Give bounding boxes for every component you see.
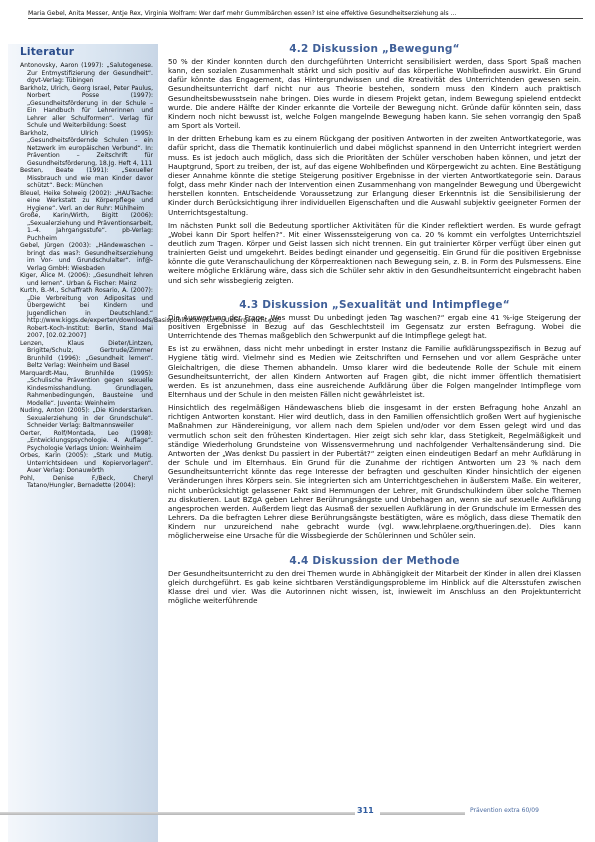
section-heading-4-3: 4.3 Diskussion „Sexualität und Intimpfle… bbox=[168, 299, 581, 311]
reference-item: Nuding, Anton (2005): „Die Kinderstarken… bbox=[20, 407, 153, 430]
running-header: Maria Gebel, Anita Messer, Antje Rex, Vi… bbox=[28, 10, 583, 19]
reference-item: Barkholz, Ulrich, Georg Israel, Peter Pa… bbox=[20, 85, 153, 130]
paragraph: Der Gesundheitsunterricht zu den drei Th… bbox=[168, 569, 581, 606]
journal-name: Prävention extra 60/09 bbox=[470, 807, 539, 814]
reference-item: Bleuel, Heike Solweig (2002): „HAUTsache… bbox=[20, 190, 153, 213]
reference-list: Antonovsky, Aaron (1997): „Salutogenese.… bbox=[20, 62, 153, 490]
paragraph: In der dritten Erhebung kam es zu einem … bbox=[168, 134, 581, 216]
reference-item: Gebel, Jürgen (2003): „Händewaschen – br… bbox=[20, 242, 153, 272]
reference-item: Kurth, B.-M., Schaffrath Rosario, A. (20… bbox=[20, 287, 153, 340]
reference-item: Barkholz, Ulrich (1995): „Gesundheitsför… bbox=[20, 130, 153, 168]
reference-item: Oerter, Rolf/Montada, Leo (1998): „Entwi… bbox=[20, 430, 153, 453]
reference-item: Orbes, Karin (2005): „Stark und Mutig. U… bbox=[20, 452, 153, 475]
page-number: 311 bbox=[357, 806, 374, 815]
page-footer: 311 Prävention extra 60/09 bbox=[0, 806, 595, 820]
paragraph: Im nächsten Punkt soll die Bedeutung spo… bbox=[168, 221, 581, 285]
reference-item: Kiger, Alice M. (2006): „Gesundheit lehr… bbox=[20, 272, 153, 287]
reference-item: Besten, Beate (1991): „Sexueller Missbra… bbox=[20, 167, 153, 190]
footer-rule-right bbox=[380, 812, 465, 815]
literature-title: Literatur bbox=[20, 46, 74, 58]
reference-item: Marquardt-Mau, Brunhilde (1995): „Schuli… bbox=[20, 370, 153, 408]
paragraph: 50 % der Kinder konnten durch den durchg… bbox=[168, 57, 581, 130]
paragraph: Die Auswertung der Frage „Was musst Du u… bbox=[168, 313, 581, 340]
reference-item: Pohl, Denise F./Beck, Cheryl Tatano/Hung… bbox=[20, 475, 153, 490]
section-heading-4-4: 4.4 Diskussion der Methode bbox=[168, 555, 581, 567]
reference-item: Antonovsky, Aaron (1997): „Salutogenese.… bbox=[20, 62, 153, 85]
section-heading-4-2: 4.2 Diskussion „Bewegung“ bbox=[168, 43, 581, 55]
paragraph: Hinsichtlich des regelmäßigen Händewasch… bbox=[168, 403, 581, 540]
paragraph: Es ist zu erwähnen, dass nicht mehr unbe… bbox=[168, 344, 581, 399]
main-text-column: 4.2 Diskussion „Bewegung“ 50 % der Kinde… bbox=[168, 43, 581, 609]
reference-item: Große, Karin/Wirth, Bigitt (2006): „Sexu… bbox=[20, 212, 153, 242]
reference-item: Lenzen, Klaus Dieter/Lintzen, Brigitte/S… bbox=[20, 340, 153, 370]
footer-rule-left bbox=[0, 812, 355, 815]
